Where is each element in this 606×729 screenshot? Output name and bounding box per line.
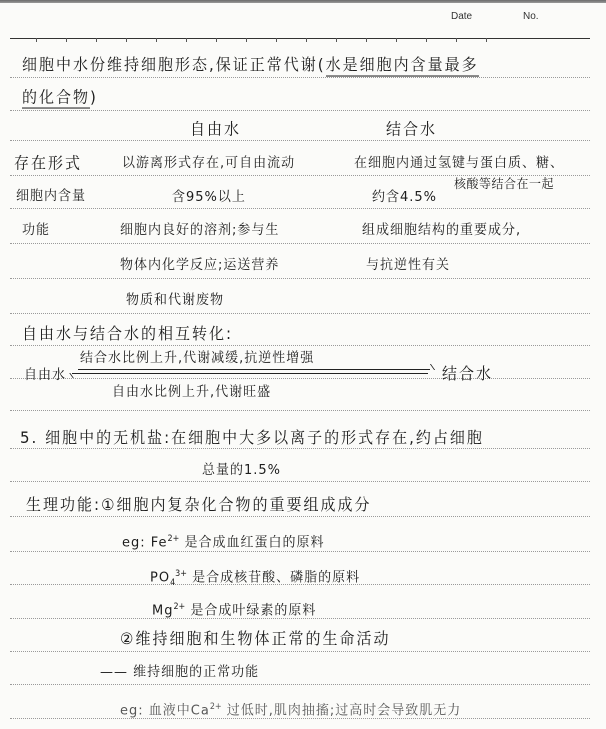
ruled-line xyxy=(10,410,590,411)
conversion-lower-arrow-text: 自由水比例上升,代谢旺盛 xyxy=(112,384,271,403)
bound-water-existence-cont: 核酸等结合在一起 xyxy=(454,175,554,194)
right-arrow-line xyxy=(78,369,430,370)
salts-function-line: 生理功能:①细胞内复杂化合物的重要组成成分 xyxy=(26,496,372,515)
ion-subscript: 4 xyxy=(170,578,175,587)
ruler-tick xyxy=(126,38,127,42)
intro-underlined-text: 水是细胞内含量最多 xyxy=(326,56,479,77)
ruler-tick xyxy=(216,38,217,42)
free-water-function-3: 物质和代谢废物 xyxy=(126,292,224,311)
example-po4: PO43+ 是合成核苷酸、磷脂的原料 xyxy=(150,564,360,592)
example-mg: Mg2+ 是合成叶绿素的原料 xyxy=(152,597,316,620)
date-label: Date xyxy=(451,11,472,22)
intro-text: 细胞中水份维持细胞形态,保证正常代谢( xyxy=(22,56,326,75)
ruler-tick xyxy=(456,38,457,42)
bound-water-content: 约含4.5% xyxy=(372,189,437,208)
conversion-left-free-water: 自由水 xyxy=(24,367,66,386)
function-1-text: ①细胞内复杂化合物的重要组成成分 xyxy=(101,496,371,515)
ruler-tick xyxy=(486,38,487,42)
ruler-tick xyxy=(306,38,307,42)
conversion-right-bound-water: 结合水 xyxy=(442,365,493,384)
ruled-line xyxy=(10,448,590,449)
ruler-tick xyxy=(276,38,277,42)
example-prefix: eg: xyxy=(122,535,151,551)
ruler-tick xyxy=(396,38,397,42)
ruler-tick xyxy=(426,38,427,42)
intro-line-1: 细胞中水份维持细胞形态,保证正常代谢(水是细胞内含量最多 xyxy=(22,56,479,75)
ion-charge: 3+ xyxy=(175,569,187,578)
bound-water-function-2: 与抗逆性有关 xyxy=(366,257,450,276)
ruled-line xyxy=(10,345,590,346)
free-water-function-2: 物体内化学反应;运送营养 xyxy=(120,257,279,276)
intro-close-paren: ) xyxy=(90,88,98,107)
example-text: 过低时,肌肉抽搐;过高时会导致肌无力 xyxy=(222,703,462,719)
ruled-line xyxy=(10,243,590,244)
ruled-line xyxy=(10,313,590,314)
intro-underlined-text-cont: 的化合物 xyxy=(22,88,90,109)
bound-water-function-1: 组成细胞结构的重要成分, xyxy=(362,222,521,241)
left-arrow-line xyxy=(72,373,428,374)
example-ca: eg: 血液中Ca2+ 过低时,肌肉抽搐;过高时会导致肌无力 xyxy=(120,697,461,720)
function-2-text: ②维持细胞和生物体正常的生命活动 xyxy=(120,630,390,649)
ion-charge: 2+ xyxy=(168,534,180,543)
ruled-line xyxy=(10,208,590,209)
example-text: 是合成核苷酸、磷脂的原料 xyxy=(187,570,360,586)
free-water-content: 含95%以上 xyxy=(172,189,246,208)
free-water-function-1: 细胞内良好的溶剂;参与生 xyxy=(120,222,279,241)
ion-charge: 2+ xyxy=(210,702,222,711)
ruled-line xyxy=(10,481,590,482)
ruled-line xyxy=(10,140,590,141)
free-water-existence: 以游离形式存在,可自由流动 xyxy=(122,155,295,174)
ruled-line xyxy=(10,516,590,517)
bound-water-existence: 在细胞内通过氢键与蛋白质、糖、 xyxy=(354,155,564,174)
example-text: 是合成血红蛋白的原料 xyxy=(179,535,324,551)
column-header-free-water: 自由水 xyxy=(190,120,241,139)
ion-symbol: Mg xyxy=(152,603,173,619)
ruled-line xyxy=(10,651,590,652)
conversion-heading: 自由水与结合水的相互转化: xyxy=(22,325,233,344)
row-label-function: 功能 xyxy=(22,222,50,241)
ruler-tick xyxy=(366,38,367,42)
salts-line-1: 5. 细胞中的无机盐:在细胞中大多以离子的形式存在,约占细胞 xyxy=(20,429,484,448)
salts-line-2: 总量的1.5% xyxy=(202,462,281,481)
ion-symbol: Fe xyxy=(151,535,168,551)
row-label-content: 细胞内含量 xyxy=(16,188,86,207)
ruler-tick xyxy=(336,38,337,42)
ruler-tick xyxy=(186,38,187,42)
ruler-tick xyxy=(66,38,67,42)
ruled-line xyxy=(10,77,590,78)
ion-symbol: Ca xyxy=(191,703,210,719)
sub-point-normal-function: —— 维持细胞的正常功能 xyxy=(100,664,259,683)
example-fe: eg: Fe2+ 是合成血红蛋白的原料 xyxy=(122,529,324,552)
header-rule xyxy=(10,38,590,39)
ruled-line xyxy=(10,278,590,279)
ruler-tick xyxy=(96,38,97,42)
example-prefix: eg: 血液中 xyxy=(120,703,191,719)
number-label: No. xyxy=(523,11,539,22)
functions-label: 生理功能: xyxy=(26,496,101,515)
conversion-upper-arrow-text: 结合水比例上升,代谢减缓,抗逆性增强 xyxy=(80,350,314,369)
ruled-line xyxy=(10,110,590,111)
ion-charge: 2+ xyxy=(173,602,185,611)
ruler-tick xyxy=(246,38,247,42)
ruled-line xyxy=(10,378,590,379)
row-label-existence-form: 存在形式 xyxy=(14,154,82,173)
ruler-tick xyxy=(156,38,157,42)
ruler-tick xyxy=(36,38,37,42)
ion-symbol: PO xyxy=(150,570,170,586)
intro-line-2: 的化合物) xyxy=(22,88,98,107)
page-top-edge xyxy=(0,0,606,3)
example-text: 是合成叶绿素的原料 xyxy=(185,603,316,619)
column-header-bound-water: 结合水 xyxy=(386,120,437,139)
ruled-line xyxy=(10,684,590,685)
